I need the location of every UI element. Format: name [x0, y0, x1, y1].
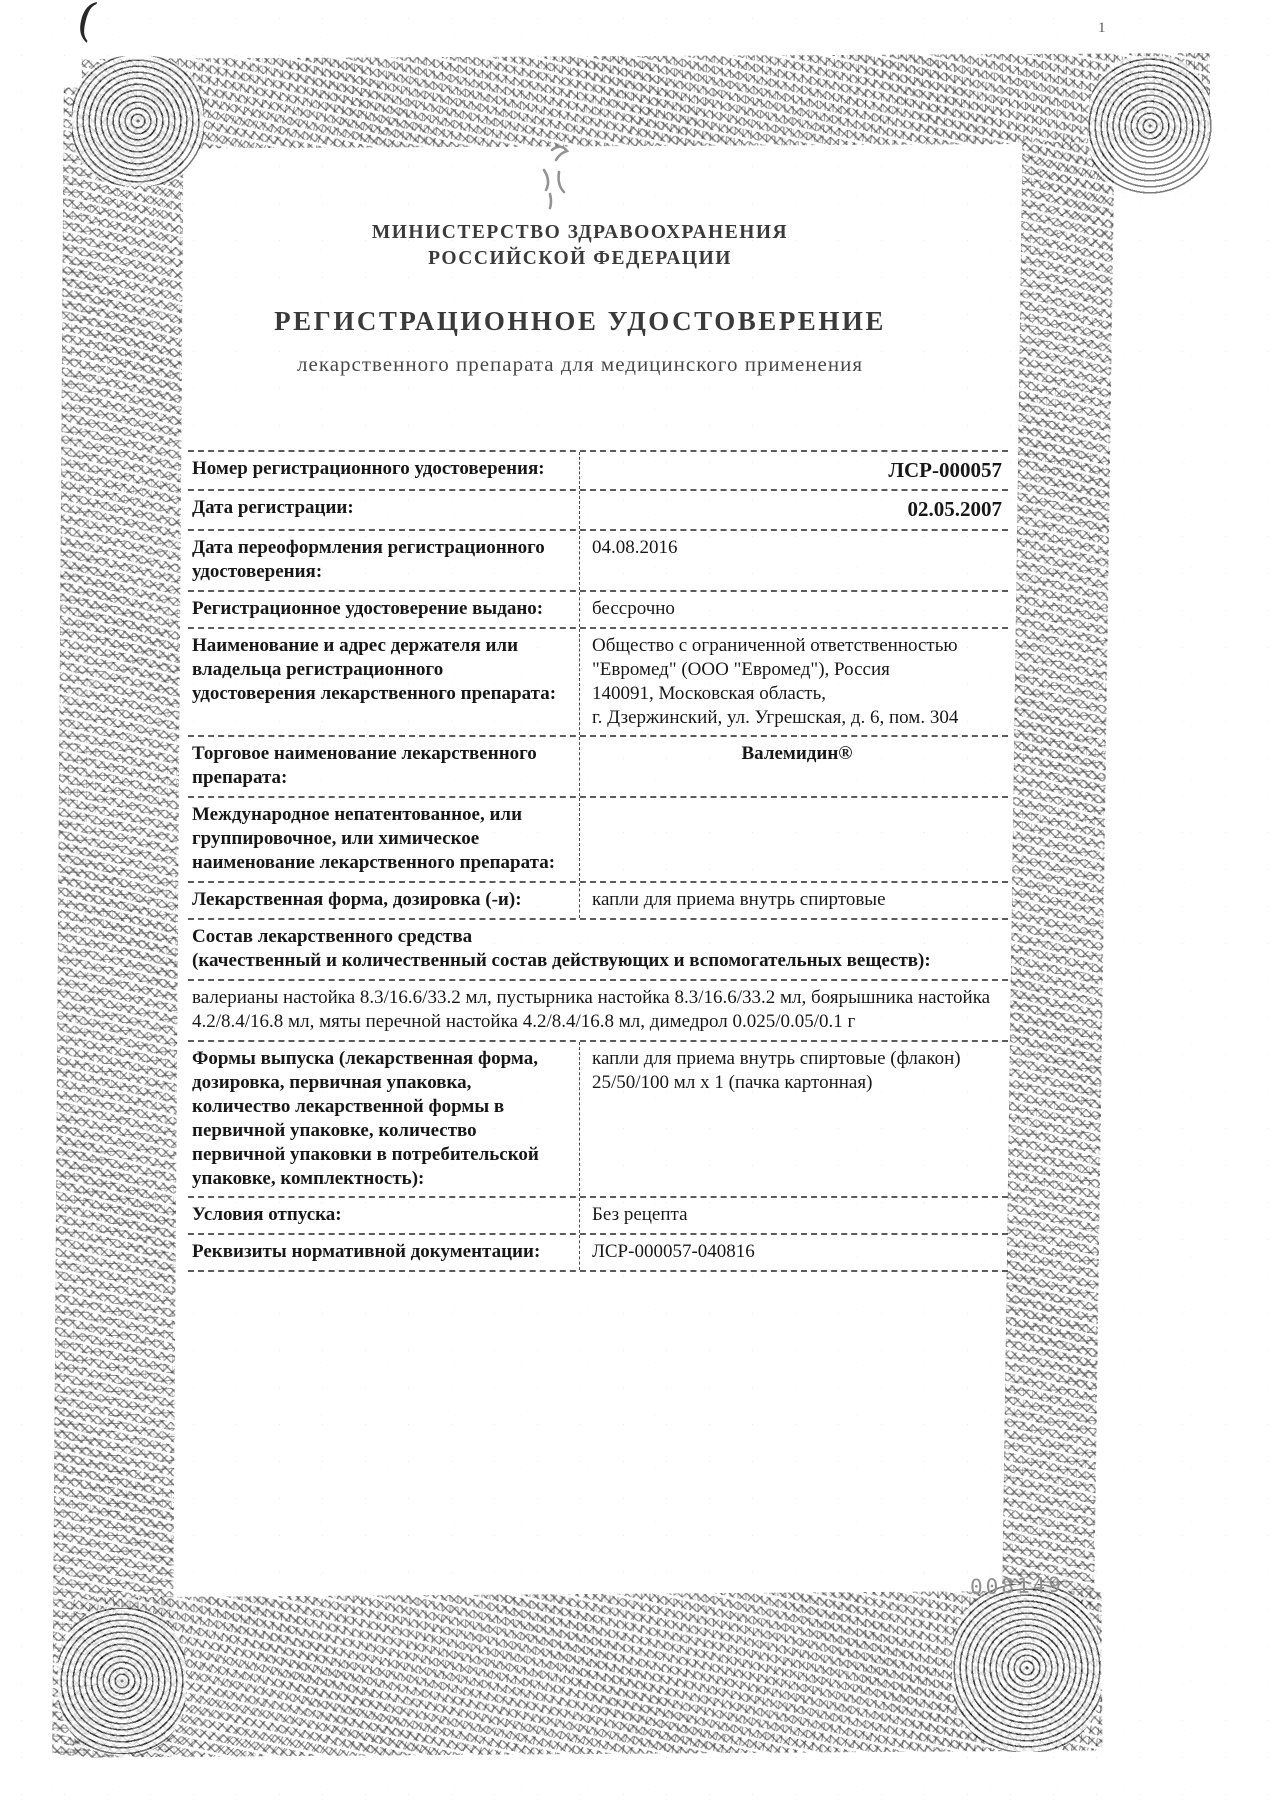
emblem-mark: [522, 144, 582, 221]
pen-stroke-mark: (: [72, 0, 102, 47]
row-value: Без рецепта: [580, 1198, 1008, 1233]
row-value: бессрочно: [580, 592, 1008, 627]
row-value: ЛСР-000057-040816: [580, 1235, 1008, 1270]
composition-text: валерианы настойка 8.3/16.6/33.2 мл, пус…: [188, 981, 1008, 1040]
table-row-composition-text: валерианы настойка 8.3/16.6/33.2 мл, пус…: [188, 981, 1008, 1042]
ministry-name: МИНИСТЕРСТВО ЗДРАВООХРАНЕНИЯ РОССИЙСКОЙ …: [150, 220, 1010, 273]
table-row-renewal-date: Дата переоформления регистрационного удо…: [188, 531, 1008, 592]
border-corner-rosette-bottom-left: [58, 1608, 186, 1754]
row-value: Общество с ограниченной ответственностью…: [580, 629, 1008, 736]
table-row-trade-name: Торговое наименование лекарственного пре…: [188, 737, 1008, 798]
row-label: Регистрационное удостоверение выдано:: [188, 592, 580, 627]
row-label: Дата переоформления регистрационного удо…: [188, 531, 580, 590]
row-value: капли для приема внутрь спиртовые (флако…: [580, 1042, 1008, 1197]
row-value: 04.08.2016: [580, 531, 1008, 590]
row-value: капли для приема внутрь спиртовые: [580, 883, 1008, 918]
row-value: 02.05.2007: [580, 491, 1008, 528]
table-row-number: Номер регистрационного удостоверения: ЛС…: [188, 452, 1008, 491]
ornamental-border-top: [82, 53, 1210, 149]
border-corner-rosette-top-right: [1088, 56, 1212, 196]
composition-heading: Состав лекарственного средства (качестве…: [188, 920, 1008, 979]
row-value: ЛСР-000057: [580, 452, 1008, 489]
row-label: Лекарственная форма, дозировка (-и):: [188, 883, 580, 918]
border-corner-rosette-top-left: [72, 56, 204, 186]
row-value: Валемидин®: [580, 737, 1008, 796]
table-row-reg-date: Дата регистрации: 02.05.2007: [188, 491, 1008, 530]
border-corner-rosette-bottom-right: [952, 1584, 1102, 1752]
table-row-normative-docs: Реквизиты нормативной документации: ЛСР-…: [188, 1235, 1008, 1272]
row-label: Наименование и адрес держателя или владе…: [188, 629, 580, 736]
corner-page-digit: 1: [1098, 20, 1106, 37]
table-row-issued: Регистрационное удостоверение выдано: бе…: [188, 592, 1008, 629]
ministry-line-1: МИНИСТЕРСТВО ЗДРАВООХРАНЕНИЯ: [150, 220, 1010, 246]
row-label: Номер регистрационного удостоверения:: [188, 452, 580, 489]
table-row-holder: Наименование и адрес держателя или владе…: [188, 629, 1008, 738]
row-label: Условия отпуска:: [188, 1198, 580, 1233]
scanned-certificate-page: ( 1 МИНИСТЕРСТВО ЗДРАВООХРАНЕНИЯ РОССИЙС…: [0, 0, 1280, 1800]
registration-table: Номер регистрационного удостоверения: ЛС…: [188, 450, 1008, 1272]
row-label: Реквизиты нормативной документации:: [188, 1235, 580, 1270]
serial-number-stamp: 008149: [970, 1573, 1064, 1599]
table-row-dosage-form: Лекарственная форма, дозировка (-и): кап…: [188, 883, 1008, 920]
ministry-line-2: РОССИЙСКОЙ ФЕДЕРАЦИИ: [150, 246, 1010, 272]
row-value: [580, 798, 1008, 881]
table-row-inn: Международное непатентованное, или групп…: [188, 798, 1008, 883]
row-label: Формы выпуска (лекарственная форма, дози…: [188, 1042, 580, 1197]
ornamental-border-left: [52, 88, 184, 1757]
row-label: Международное непатентованное, или групп…: [188, 798, 580, 881]
document-subtitle: лекарственного препарата для медицинског…: [130, 352, 1030, 377]
row-label: Торговое наименование лекарственного пре…: [188, 737, 580, 796]
ornamental-border-bottom: [73, 1590, 1102, 1757]
document-title: РЕГИСТРАЦИОННОЕ УДОСТОВЕРЕНИЕ: [130, 306, 1030, 337]
table-row-composition-heading: Состав лекарственного средства (качестве…: [188, 920, 1008, 981]
table-row-dispensing-conditions: Условия отпуска: Без рецепта: [188, 1198, 1008, 1235]
table-row-release-forms: Формы выпуска (лекарственная форма, дози…: [188, 1042, 1008, 1199]
row-label: Дата регистрации:: [188, 491, 580, 528]
